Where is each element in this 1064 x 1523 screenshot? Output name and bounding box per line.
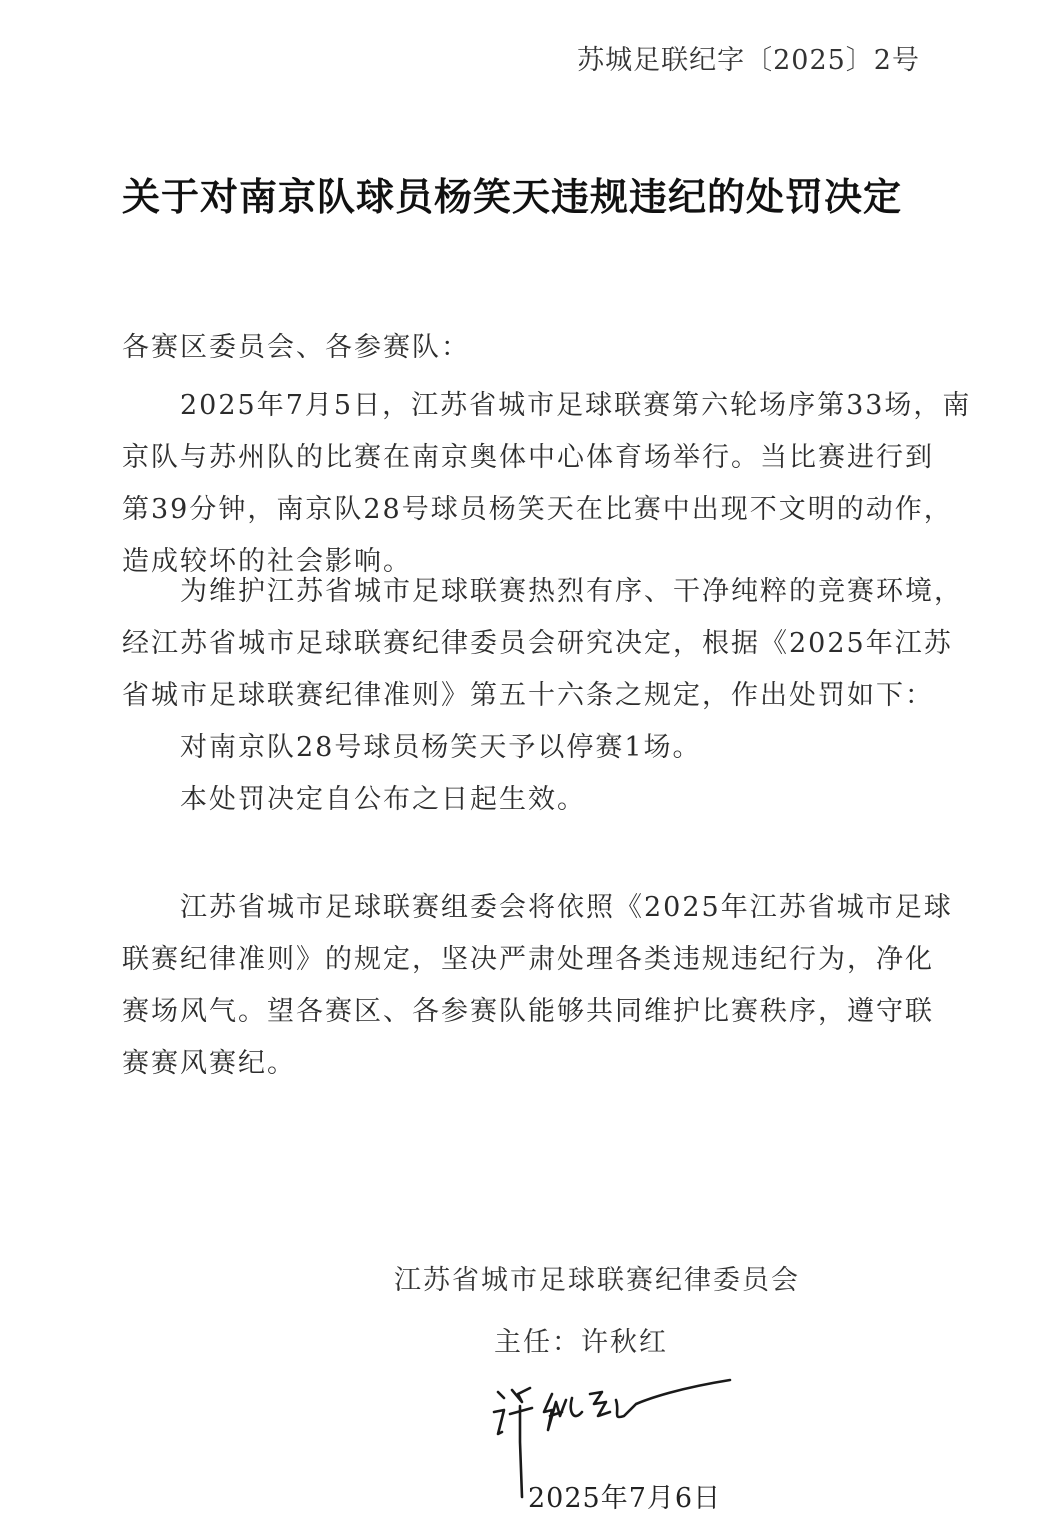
document-date: 2025年7月6日: [528, 1476, 721, 1515]
paragraph-decision: 为维护江苏省城市足球联赛热烈有序、干净纯粹的竞赛环境， 经江苏省城市足球联赛纪律…: [122, 566, 922, 826]
effective-line: 本处罚决定自公布之日起生效。: [122, 774, 922, 826]
signing-director: 主任：许秋红: [494, 1320, 668, 1359]
paragraph-line: 第39分钟，南京队28号球员杨笑天在比赛中出现不文明的动作，: [122, 484, 922, 536]
paragraph-line: 联赛纪律准则》的规定，坚决严肃处理各类违规违纪行为，净化: [122, 934, 922, 986]
document-number: 苏城足联纪字〔2025〕2号: [577, 38, 920, 77]
paragraph-incident: 2025年7月5日，江苏省城市足球联赛第六轮场序第33场，南 京队与苏州队的比赛…: [122, 380, 922, 588]
paragraph-line: 2025年7月5日，江苏省城市足球联赛第六轮场序第33场，南: [122, 380, 922, 432]
paragraph-line: 赛场风气。望各赛区、各参赛队能够共同维护比赛秩序，遵守联: [122, 986, 922, 1038]
paragraph-line: 为维护江苏省城市足球联赛热烈有序、干净纯粹的竞赛环境，: [122, 566, 922, 618]
paragraph-line: 京队与苏州队的比赛在南京奥体中心体育场举行。当比赛进行到: [122, 432, 922, 484]
signing-organization: 江苏省城市足球联赛纪律委员会: [394, 1258, 800, 1297]
penalty-line: 对南京队28号球员杨笑天予以停赛1场。: [122, 722, 922, 774]
document-title: 关于对南京队球员杨笑天违规违纪的处罚决定: [122, 166, 942, 221]
paragraph-line: 赛赛风赛纪。: [122, 1038, 922, 1090]
paragraph-line: 经江苏省城市足球联赛纪律委员会研究决定，根据《2025年江苏: [122, 618, 922, 670]
paragraph-line: 江苏省城市足球联赛组委会将依照《2025年江苏省城市足球: [122, 882, 922, 934]
paragraph-line: 省城市足球联赛纪律准则》第五十六条之规定，作出处罚如下：: [122, 670, 922, 722]
paragraph-warning: 江苏省城市足球联赛组委会将依照《2025年江苏省城市足球 联赛纪律准则》的规定，…: [122, 882, 922, 1090]
salutation: 各赛区委员会、各参赛队：: [122, 322, 922, 374]
salutation-text: 各赛区委员会、各参赛队：: [122, 322, 922, 374]
